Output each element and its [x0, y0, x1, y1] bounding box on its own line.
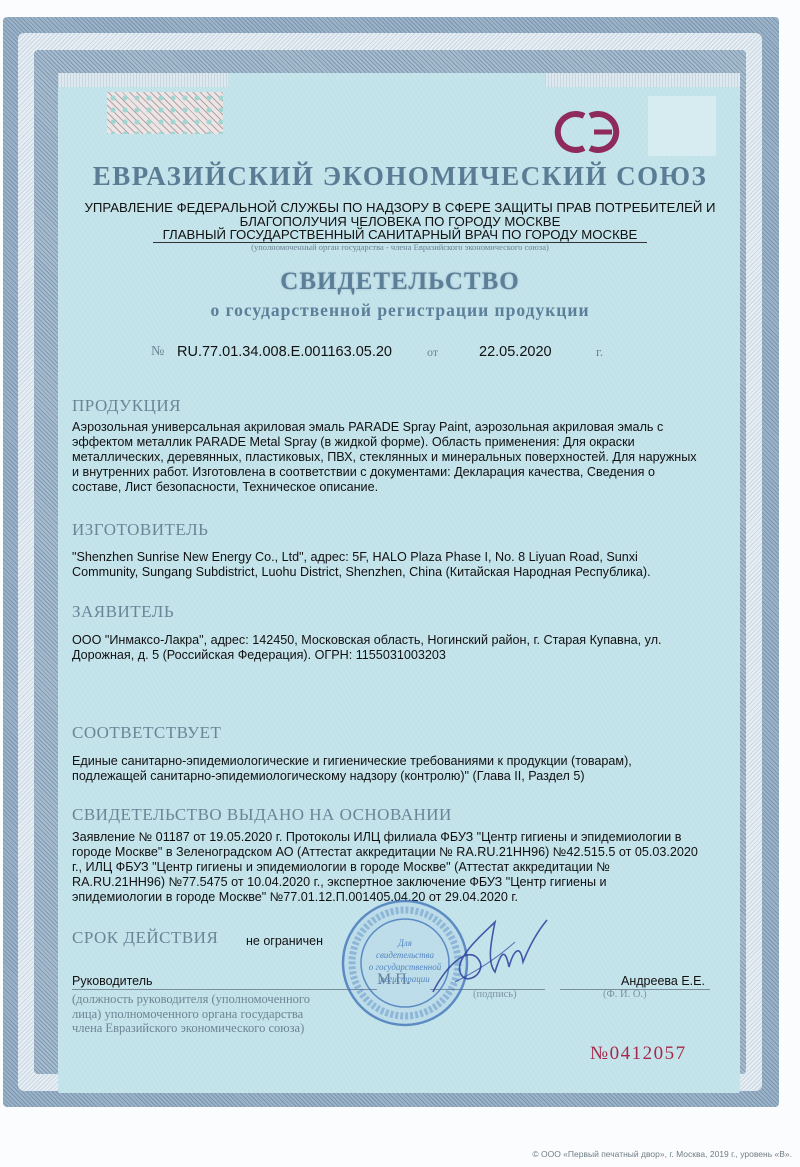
text-line: и внутренних работ. Изготовлена в соотве…: [72, 465, 712, 480]
text-line: Единые санитарно-эпидемиологические и ги…: [72, 754, 712, 769]
section-body-manufacturer: "Shenzhen Sunrise New Energy Co., Ltd", …: [72, 550, 712, 580]
guilloche-stripe-left: [58, 73, 228, 87]
stamp-line: регистрации: [379, 974, 430, 984]
section-body-conforms: Единые санитарно-эпидемиологические и ги…: [72, 754, 712, 784]
year-suffix: г.: [596, 344, 603, 360]
printer-imprint: © ООО «Первый печатный двор», г. Москва,…: [532, 1149, 792, 1159]
number-sign: №: [151, 344, 164, 360]
form-serial-number: №0412057: [590, 1043, 687, 1065]
hologram-security-label: [107, 92, 223, 134]
certificate-subtitle: о государственной регистрации продукции: [0, 300, 800, 321]
text-line: RA.RU.21НН96) №77.5475 от 10.04.2020 г.,…: [72, 875, 712, 890]
agency-subtitle: (уполномоченный орган государства - член…: [0, 242, 800, 252]
handwritten-signature-icon: [425, 912, 555, 1002]
section-heading-product: ПРОДУКЦИЯ: [72, 396, 181, 416]
text-line: подлежащей санитарно-эпидемиологическому…: [72, 769, 712, 784]
position-note: (должность руководителя (уполномоченного…: [72, 992, 372, 1036]
certificate-date: 22.05.2020: [479, 344, 552, 360]
section-body-product: Аэрозольная универсальная акриловая эмал…: [72, 420, 712, 495]
text-line: городе Москве" в Зеленоградском АО (Атте…: [72, 845, 712, 860]
text-line: металлических, деревянных, пластиковых, …: [72, 450, 712, 465]
text-line: г., ИЛЦ ФБУЗ "Центр гигиены и эпидемиоло…: [72, 860, 712, 875]
section-heading-conforms: СООТВЕТСТВУЕТ: [72, 723, 221, 743]
position-label: Руководитель: [72, 974, 153, 988]
text-line: эффектом металлик PARADE Metal Spray (в …: [72, 435, 712, 450]
text-line: (должность руководителя (уполномоченного: [72, 992, 372, 1007]
text-line: Заявление № 01187 от 19.05.2020 г. Прото…: [72, 830, 712, 845]
watermark-area: [648, 96, 716, 156]
text-line: лица) уполномоченного органа государства: [72, 1007, 372, 1022]
section-heading-manufacturer: ИЗГОТОВИТЕЛЬ: [72, 520, 208, 540]
section-heading-validity: СРОК ДЕЙСТВИЯ: [72, 928, 218, 948]
name-caption: (Ф. И. О.): [603, 989, 647, 1000]
position-underline: [72, 989, 377, 990]
agency-line-2: БЛАГОПОЛУЧИЯ ЧЕЛОВЕКА ПО ГОРОДУ МОСКВЕ: [0, 215, 800, 229]
agency-line-1: УПРАВЛЕНИЕ ФЕДЕРАЛЬНОЙ СЛУЖБЫ ПО НАДЗОРУ…: [0, 201, 800, 215]
certificate-number-row: № RU.77.01.34.008.E.001163.05.20 от 22.0…: [0, 344, 800, 364]
section-heading-applicant: ЗАЯВИТЕЛЬ: [72, 602, 174, 622]
text-line: Community, Sungang Subdistrict, Luohu Di…: [72, 565, 712, 580]
agency-line-3: ГЛАВНЫЙ ГОСУДАРСТВЕННЫЙ САНИТАРНЫЙ ВРАЧ …: [153, 228, 648, 243]
guilloche-stripe-right: [545, 73, 740, 87]
signatory-name: Андреева Е.Е.: [621, 974, 705, 988]
from-label: от: [427, 345, 438, 360]
section-body-applicant: ООО "Инмаксо-Лакра", адрес: 142450, Моск…: [72, 633, 712, 663]
certificate-number: RU.77.01.34.008.E.001163.05.20: [177, 344, 392, 360]
text-line: ООО "Инмаксо-Лакра", адрес: 142450, Моск…: [72, 633, 712, 648]
text-line: "Shenzhen Sunrise New Energy Co., Ltd", …: [72, 550, 712, 565]
union-title: ЕВРАЗИЙСКИЙ ЭКОНОМИЧЕСКИЙ СОЮЗ: [0, 161, 800, 192]
section-heading-basis: СВИДЕТЕЛЬСТВО ВЫДАНО НА ОСНОВАНИИ: [72, 805, 452, 825]
stamp-line: Для: [397, 938, 412, 948]
text-line: члена Евразийского экономического союза): [72, 1021, 372, 1036]
validity-value: не ограничен: [246, 934, 323, 948]
eac-se-logo-icon: [546, 107, 628, 157]
certificate-title: СВИДЕТЕЛЬСТВО: [0, 268, 800, 296]
text-line: составе, Лист безопасности, Техническое …: [72, 480, 712, 495]
text-line: Аэрозольная универсальная акриловая эмал…: [72, 420, 712, 435]
section-body-basis: Заявление № 01187 от 19.05.2020 г. Прото…: [72, 830, 712, 905]
issuing-agency: УПРАВЛЕНИЕ ФЕДЕРАЛЬНОЙ СЛУЖБЫ ПО НАДЗОРУ…: [0, 201, 800, 243]
text-line: Дорожная, д. 5 (Российская Федерация). О…: [72, 648, 712, 663]
